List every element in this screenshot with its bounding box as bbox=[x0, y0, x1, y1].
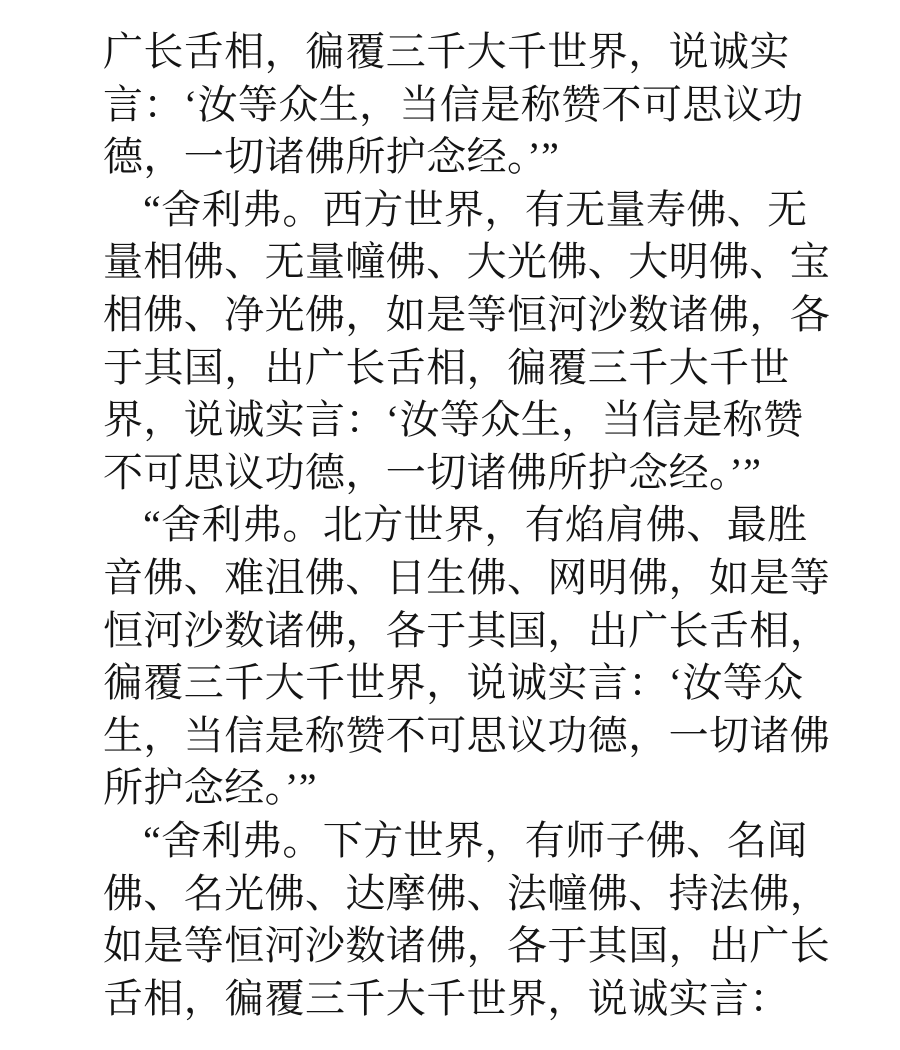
text-line paragraph-start: “舍利弗。下方世界，有师子佛、名闻 bbox=[103, 815, 842, 868]
document-page: 广长舌相，徧覆三千大千世界，说诚实 言：‘汝等众生，当信是称赞不可思议功 德，一… bbox=[0, 0, 900, 1050]
text-line: 徧覆三千大千世界，说诚实言：‘汝等众 bbox=[103, 657, 842, 710]
text-line paragraph-end: 所护念经。’” bbox=[103, 762, 842, 815]
sutra-text-block: 广长舌相，徧覆三千大千世界，说诚实 言：‘汝等众生，当信是称赞不可思议功 德，一… bbox=[103, 26, 842, 1025]
text-line: 佛、名光佛、达摩佛、法幢佛、持法佛， bbox=[103, 868, 842, 921]
text-line paragraph-end: 不可思议功德，一切诸佛所护念经。’” bbox=[103, 447, 842, 500]
text-line: 音佛、难沮佛、日生佛、网明佛，如是等 bbox=[103, 552, 842, 605]
text-line paragraph-end: 德，一切诸佛所护念经。’” bbox=[103, 131, 842, 184]
text-line: 言：‘汝等众生，当信是称赞不可思议功 bbox=[103, 79, 842, 132]
text-line: 广长舌相，徧覆三千大千世界，说诚实 bbox=[103, 26, 842, 79]
text-line: 相佛、净光佛，如是等恒河沙数诸佛，各 bbox=[103, 289, 842, 342]
text-line paragraph-start: “舍利弗。北方世界，有焰肩佛、最胜 bbox=[103, 499, 842, 552]
text-line: 如是等恒河沙数诸佛，各于其国，出广长 bbox=[103, 920, 842, 973]
text-line: 舌相，徧覆三千大千世界，说诚实言： bbox=[103, 973, 842, 1026]
text-line: 恒河沙数诸佛，各于其国，出广长舌相， bbox=[103, 605, 842, 658]
text-line: 量相佛、无量幢佛、大光佛、大明佛、宝 bbox=[103, 236, 842, 289]
text-line: 生，当信是称赞不可思议功德，一切诸佛 bbox=[103, 710, 842, 763]
text-line: 界，说诚实言：‘汝等众生，当信是称赞 bbox=[103, 394, 842, 447]
text-line paragraph-start: “舍利弗。西方世界，有无量寿佛、无 bbox=[103, 184, 842, 237]
text-line: 于其国，出广长舌相，徧覆三千大千世 bbox=[103, 342, 842, 395]
